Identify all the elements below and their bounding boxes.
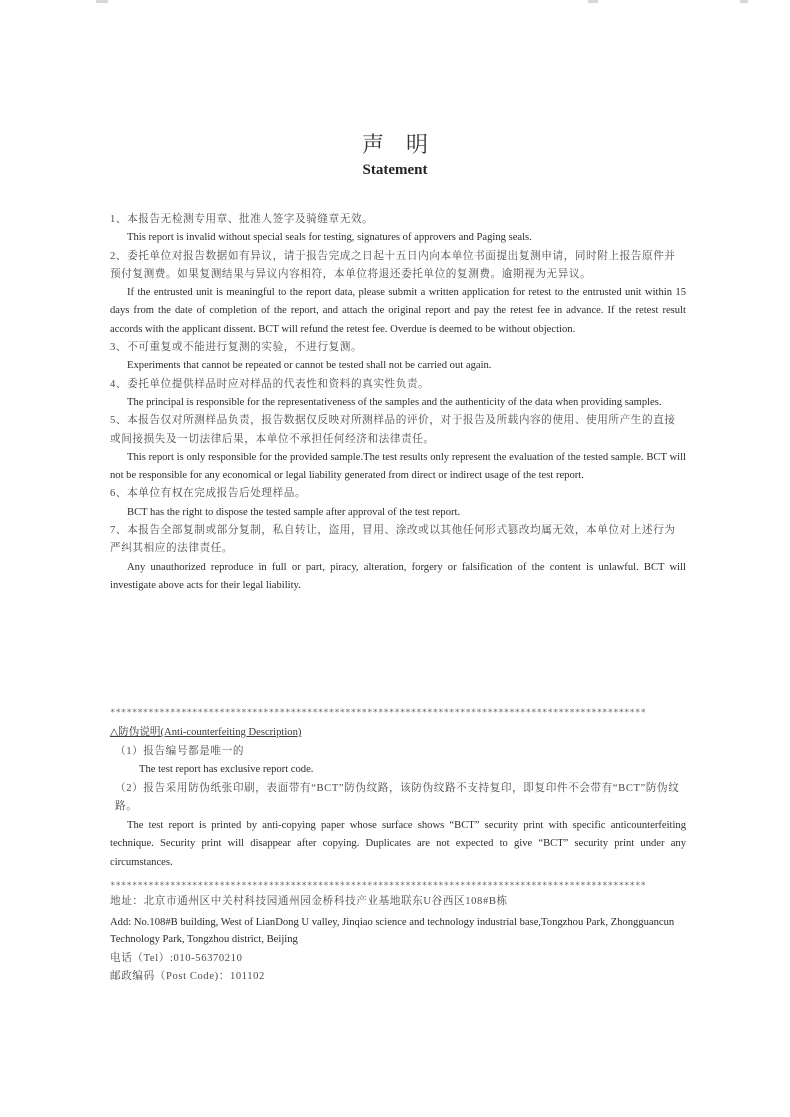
statement-cn: 5、本报告仅对所测样品负责，报告数据仅反映对所测样品的评价，对于报告及所载内容的…: [110, 412, 686, 449]
separator-line: ****************************************…: [110, 708, 686, 718]
statement-en: If the entrusted unit is meaningful to t…: [110, 284, 686, 339]
separator-line: ****************************************…: [110, 881, 686, 891]
scan-artifact: [96, 0, 108, 3]
scan-artifact: [740, 0, 748, 3]
telephone: 电话（Tel）:010-56370210: [110, 950, 686, 969]
statement-list: 1、本报告无检测专用章、批准人签字及骑缝章无效。 This report is …: [110, 211, 686, 595]
statement-en: BCT has the right to dispose the tested …: [110, 504, 686, 522]
statement-cn: 7、本报告全部复制或部分复制，私自转让，盗用，冒用、涂改或以其他任何形式篡改均属…: [110, 522, 686, 559]
statement-item: 1、本报告无检测专用章、批准人签字及骑缝章无效。 This report is …: [110, 211, 686, 248]
statement-en: The principal is responsible for the rep…: [110, 394, 686, 412]
statement-cn: 6、本单位有权在完成报告后处理样品。: [110, 485, 686, 503]
page-title-chinese: 声明: [0, 128, 790, 159]
anti-item-en: The test report is printed by anti-copyi…: [110, 817, 686, 873]
statement-item: 4、委托单位提供样品时应对样品的代表性和资料的真实性负责。 The princi…: [110, 376, 686, 413]
statement-en: This report is invalid without special s…: [110, 229, 686, 247]
statement-item: 5、本报告仅对所测样品负责，报告数据仅反映对所测样品的评价，对于报告及所载内容的…: [110, 412, 686, 485]
statement-en: Experiments that cannot be repeated or c…: [110, 357, 686, 375]
statement-cn: 1、本报告无检测专用章、批准人签字及骑缝章无效。: [110, 211, 686, 229]
anti-counterfeiting-heading: △防伪说明(Anti-counterfeiting Description): [110, 724, 686, 743]
statement-item: 3、不可重复或不能进行复测的实验，不进行复测。 Experiments that…: [110, 339, 686, 376]
anti-item-cn: （1）报告编号都是唯一的: [110, 743, 686, 762]
statement-item: 7、本报告全部复制或部分复制，私自转让，盗用，冒用、涂改或以其他任何形式篡改均属…: [110, 522, 686, 595]
statement-en: Any unauthorized reproduce in full or pa…: [110, 559, 686, 596]
anti-counterfeiting-section: △防伪说明(Anti-counterfeiting Description) （…: [110, 724, 686, 872]
statement-cn: 3、不可重复或不能进行复测的实验，不进行复测。: [110, 339, 686, 357]
statement-cn: 2、委托单位对报告数据如有异议，请于报告完成之日起十五日内向本单位书面提出复测申…: [110, 248, 686, 285]
statement-item: 2、委托单位对报告数据如有异议，请于报告完成之日起十五日内向本单位书面提出复测申…: [110, 248, 686, 339]
post-code: 邮政编码（Post Code)：101102: [110, 968, 686, 987]
anti-item-cn: （2）报告采用防伪纸张印刷，表面带有“BCT”防伪纹路，该防伪纹路不支持复印，即…: [110, 780, 686, 817]
scan-artifact: [588, 0, 598, 3]
statement-item: 6、本单位有权在完成报告后处理样品。 BCT has the right to …: [110, 485, 686, 522]
page-title-english: Statement: [0, 162, 790, 179]
address-cn: 地址：北京市通州区中关村科技园通州园金桥科技产业基地联东U谷西区108#B栋: [110, 893, 686, 912]
statement-cn: 4、委托单位提供样品时应对样品的代表性和资料的真实性负责。: [110, 376, 686, 394]
statement-en: This report is only responsible for the …: [110, 449, 686, 486]
anti-item-en: The test report has exclusive report cod…: [110, 761, 686, 780]
document-page: 声明 Statement 1、本报告无检测专用章、批准人签字及骑缝章无效。 Th…: [0, 0, 790, 1117]
contact-footer: 地址：北京市通州区中关村科技园通州园金桥科技产业基地联东U谷西区108#B栋 A…: [110, 893, 686, 987]
address-en: Add: No.108#B building, West of LianDong…: [110, 914, 686, 948]
